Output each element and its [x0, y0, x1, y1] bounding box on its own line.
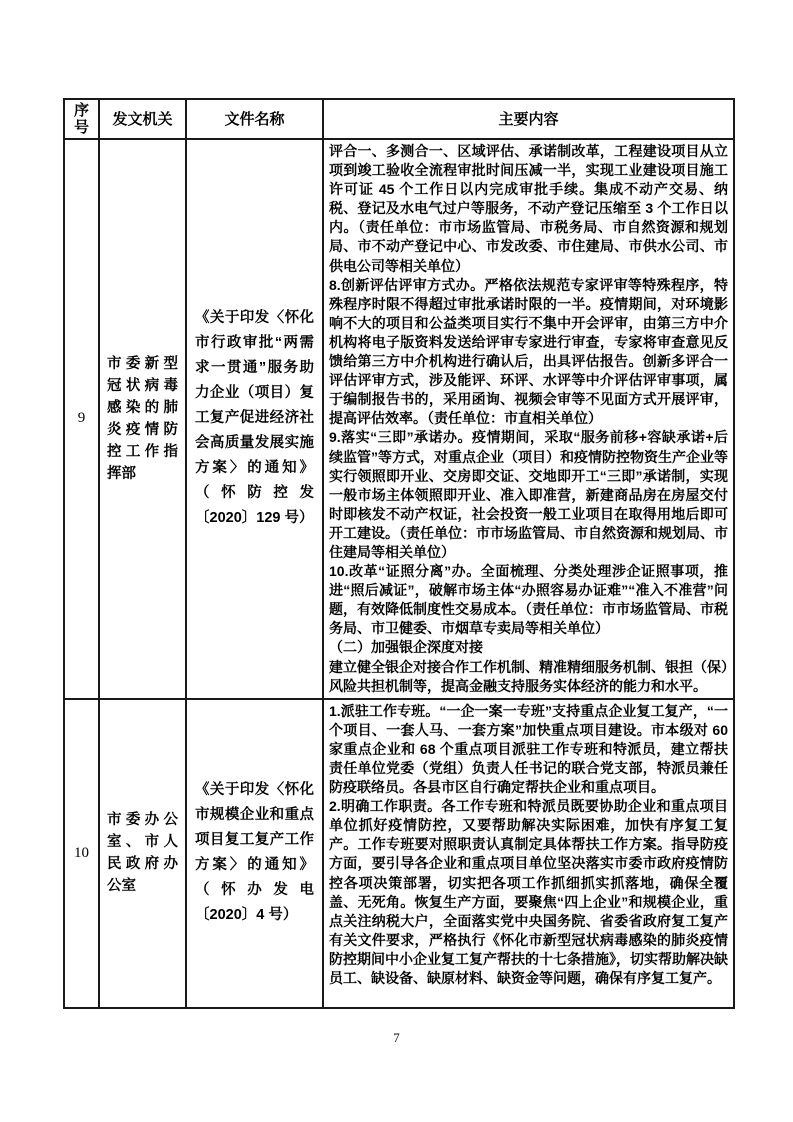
- document-name-cell: 《关于印发〈怀化市规模企业和重点项目复工复产工作方案〉的通知》（怀办发电〔202…: [186, 699, 323, 1008]
- col-header-serial-no: 序号: [64, 99, 99, 139]
- col-header-issuing-agency: 发文机关: [99, 99, 186, 139]
- content-paragraph: 9.落实“三即”承诺办。疫情期间，采取“服务前移+容缺承诺+后续监管”等方式，对…: [329, 428, 728, 562]
- table-row: 10 市委办公室、市人民政府办公室 《关于印发〈怀化市规模企业和重点项目复工复产…: [64, 699, 734, 1008]
- table-header-row: 序号 发文机关 文件名称 主要内容: [64, 99, 734, 139]
- main-content-cell: 1.派驻工作专班。“一企一案一专班”支持重点企业复工复产，“一个项目、一套人马、…: [323, 699, 734, 1008]
- row-number: 9: [64, 139, 99, 699]
- col-header-main-content: 主要内容: [323, 99, 734, 139]
- document-page: 序号 发文机关 文件名称 主要内容 9 市委新型冠状病毒感染的肺炎疫情防控工作指…: [0, 0, 793, 1122]
- table-row: 9 市委新型冠状病毒感染的肺炎疫情防控工作指挥部 《关于印发〈怀化市行政审批“两…: [64, 139, 734, 699]
- content-paragraph: 1.派驻工作专班。“一企一案一专班”支持重点企业复工复产，“一个项目、一套人马、…: [329, 702, 728, 797]
- content-paragraph: （二）加强银企深度对接: [329, 638, 728, 657]
- document-table: 序号 发文机关 文件名称 主要内容 9 市委新型冠状病毒感染的肺炎疫情防控工作指…: [63, 98, 735, 1009]
- col-header-document-name: 文件名称: [186, 99, 323, 139]
- content-paragraph: 建立健全银企对接合作工作机制、精准精细服务机制、银担（保）风险共担机制等，提高金…: [329, 658, 728, 696]
- main-content-cell: 评合一、多测合一、区域评估、承诺制改革，工程建设项目从立项到竣工验收全流程审批时…: [323, 139, 734, 699]
- content-paragraph: 8.创新评估评审方式办。严格依法规范专家评审等特殊程序，特殊程序时限不得超过审批…: [329, 276, 728, 429]
- issuing-agency-cell: 市委新型冠状病毒感染的肺炎疫情防控工作指挥部: [99, 139, 186, 699]
- document-name-cell: 《关于印发〈怀化市行政审批“两需求一贯通”服务助力企业（项目）复工复产促进经济社…: [186, 139, 323, 699]
- row-number: 10: [64, 699, 99, 1008]
- content-paragraph: 2.明确工作职责。各工作专班和特派员既要协助企业和重点项目单位抓好疫情防控，又要…: [329, 797, 728, 988]
- content-paragraph: 10.改革“证照分离”办。全面梳理、分类处理涉企证照事项，推进“照后减证”，破解…: [329, 562, 728, 638]
- issuing-agency-cell: 市委办公室、市人民政府办公室: [99, 699, 186, 1008]
- content-paragraph: 评合一、多测合一、区域评估、承诺制改革，工程建设项目从立项到竣工验收全流程审批时…: [329, 142, 728, 276]
- page-number: 7: [0, 1030, 793, 1046]
